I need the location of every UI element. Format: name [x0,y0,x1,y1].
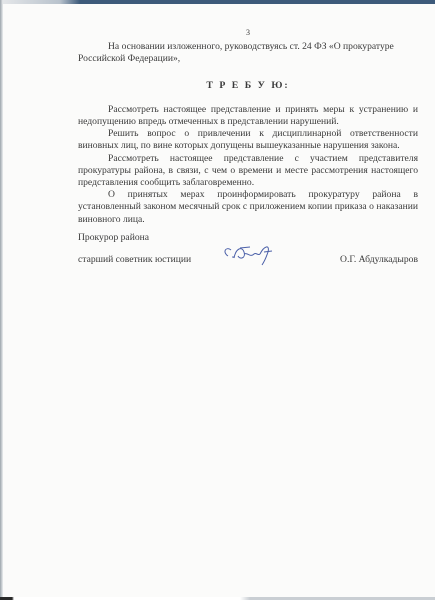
signatory-name: О.Г. Абдулкадыров [340,254,418,266]
intro-line-2: Российской Федерации», [78,53,180,64]
document-body: 3 На основании изложенного, руководствуя… [78,27,418,226]
paragraph-1: Рассмотреть настоящее представление и пр… [78,104,418,128]
intro-paragraph: На основании изложенного, руководствуясь… [78,41,418,65]
paragraph-3: Рассмотреть настоящее представление с уч… [78,153,418,190]
page-number: 3 [78,27,418,39]
signatory-role-line-2: старший советник юстиции [78,254,191,266]
scan-left-edge [0,0,3,600]
demand-heading: Т Р Е Б У Ю: [78,80,418,92]
paragraph-4: О принятых мерах проинформировать прокур… [78,189,418,226]
scan-top-edge [0,0,435,4]
signature-block: Прокурор района старший советник юстиции… [78,232,418,276]
intro-line-1: На основании изложенного, руководствуясь… [108,41,394,52]
handwritten-signature-icon [220,242,280,266]
paragraph-2: Решить вопрос о привлечении к дисциплина… [78,128,418,152]
